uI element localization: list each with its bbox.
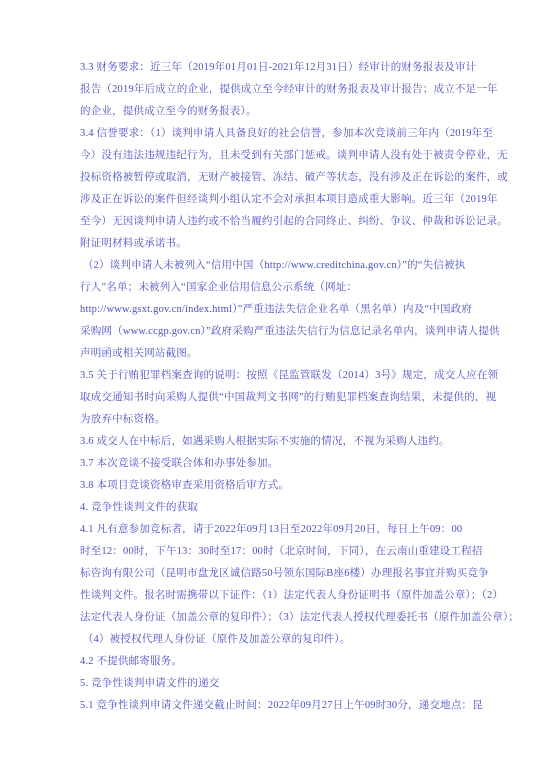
document-page: 3.3 财务要求：近三年（2019年01月01日-2021年12月31日）经审计… (0, 0, 553, 781)
document-line: 至今）无因谈判申请人违约或不恰当履约引起的合同终止、纠纷、争议、仲裁和诉讼记录。 (80, 211, 482, 233)
document-line: 4.1 凡有意参加竞标者，请于2022年09月13日至2022年09月20日，每… (80, 519, 482, 541)
document-line: 采购网（www.ccgp.gov.cn）”政府采购严重违法失信行为信息记录名单内… (80, 321, 482, 343)
document-line: 今）没有违法违规违纪行为，且未受到有关部门惩戒。谈判申请人没有处于被责令停业，无 (80, 145, 482, 167)
document-line: http://www.gsxt.gov.cn/index.html）”严重违法失… (80, 299, 482, 321)
document-line: 的企业，提供成立至今的财务报表）。 (80, 101, 482, 123)
document-line: 4.2 不提供邮寄服务。 (80, 651, 482, 673)
document-line: 声明函或相关网站截图。 (80, 343, 482, 365)
document-line: （4）被授权代理人身份证（原件及加盖公章的复印件）。 (80, 629, 482, 651)
document-line: 涉及正在诉讼的案件但经谈判小组认定不会对承担本项目造成重大影响。近三年（2019… (80, 189, 482, 211)
document-line: 性谈判文件。报名时需携带以下证件：（1）法定代表人身份证明书（原件加盖公章）；（… (80, 585, 482, 607)
document-line: 报告（2019年后成立的企业，提供成立至今经审计的财务报表及审计报告；成立不足一… (80, 79, 482, 101)
document-line: 5.1 竞争性谈判申请文件递交截止时间：2022年09月27日上午09时30分，… (80, 695, 482, 717)
document-line: 3.8 本项目竞谈资格审查采用资格后审方式。 (80, 475, 482, 497)
document-line: 3.7 本次竞谈不接受联合体和办事处参加。 (80, 453, 482, 475)
document-line: 取成交通知书时向采购人提供“中国裁判文书网”的行贿犯罪档案查询结果，未提供的，视 (80, 387, 482, 409)
document-line: 行人”名单；未被列入“国家企业信用信息公示系统（网址： (80, 277, 482, 299)
document-line: 5. 竞争性谈判申请文件的递交 (80, 673, 482, 695)
document-line: 时至12：00时，下午13：30时至17：00时（北京时间，下同），在云南山重建… (80, 541, 482, 563)
document-line: 4. 竞争性谈判文件的获取 (80, 497, 482, 519)
document-line: 法定代表人身份证（加盖公章的复印件）；（3）法定代表人授权代理委托书（原件加盖公… (80, 607, 482, 629)
document-line: 投标资格被暂停或取消，无财产被接管、冻结、破产等状态，没有涉及正在诉讼的案件，或 (80, 167, 482, 189)
document-line: 3.4 信誉要求：（1）谈判申请人具备良好的社会信誉，参加本次竞谈前三年内（20… (80, 123, 482, 145)
document-line: 为放弃中标资格。 (80, 409, 482, 431)
document-line: 标咨询有限公司（昆明市盘龙区诚信路50号领东国际B座6楼）办理报名事宜并购买竞争 (80, 563, 482, 585)
document-line: 3.6 成交人在中标后，如遇采购人根据实际不实施的情况，不视为采购人违约。 (80, 431, 482, 453)
document-line: （2）谈判申请人未被列入“信用中国（http://www.creditchina… (80, 255, 482, 277)
document-line: 3.3 财务要求：近三年（2019年01月01日-2021年12月31日）经审计… (80, 57, 482, 79)
document-line: 附证明材料或承诺书。 (80, 233, 482, 255)
document-line: 3.5 关于行贿犯罪档案查询的说明：按照《昆监管联发（2014）3号》规定，成交… (80, 365, 482, 387)
document-text-block: 3.3 财务要求：近三年（2019年01月01日-2021年12月31日）经审计… (80, 57, 482, 717)
